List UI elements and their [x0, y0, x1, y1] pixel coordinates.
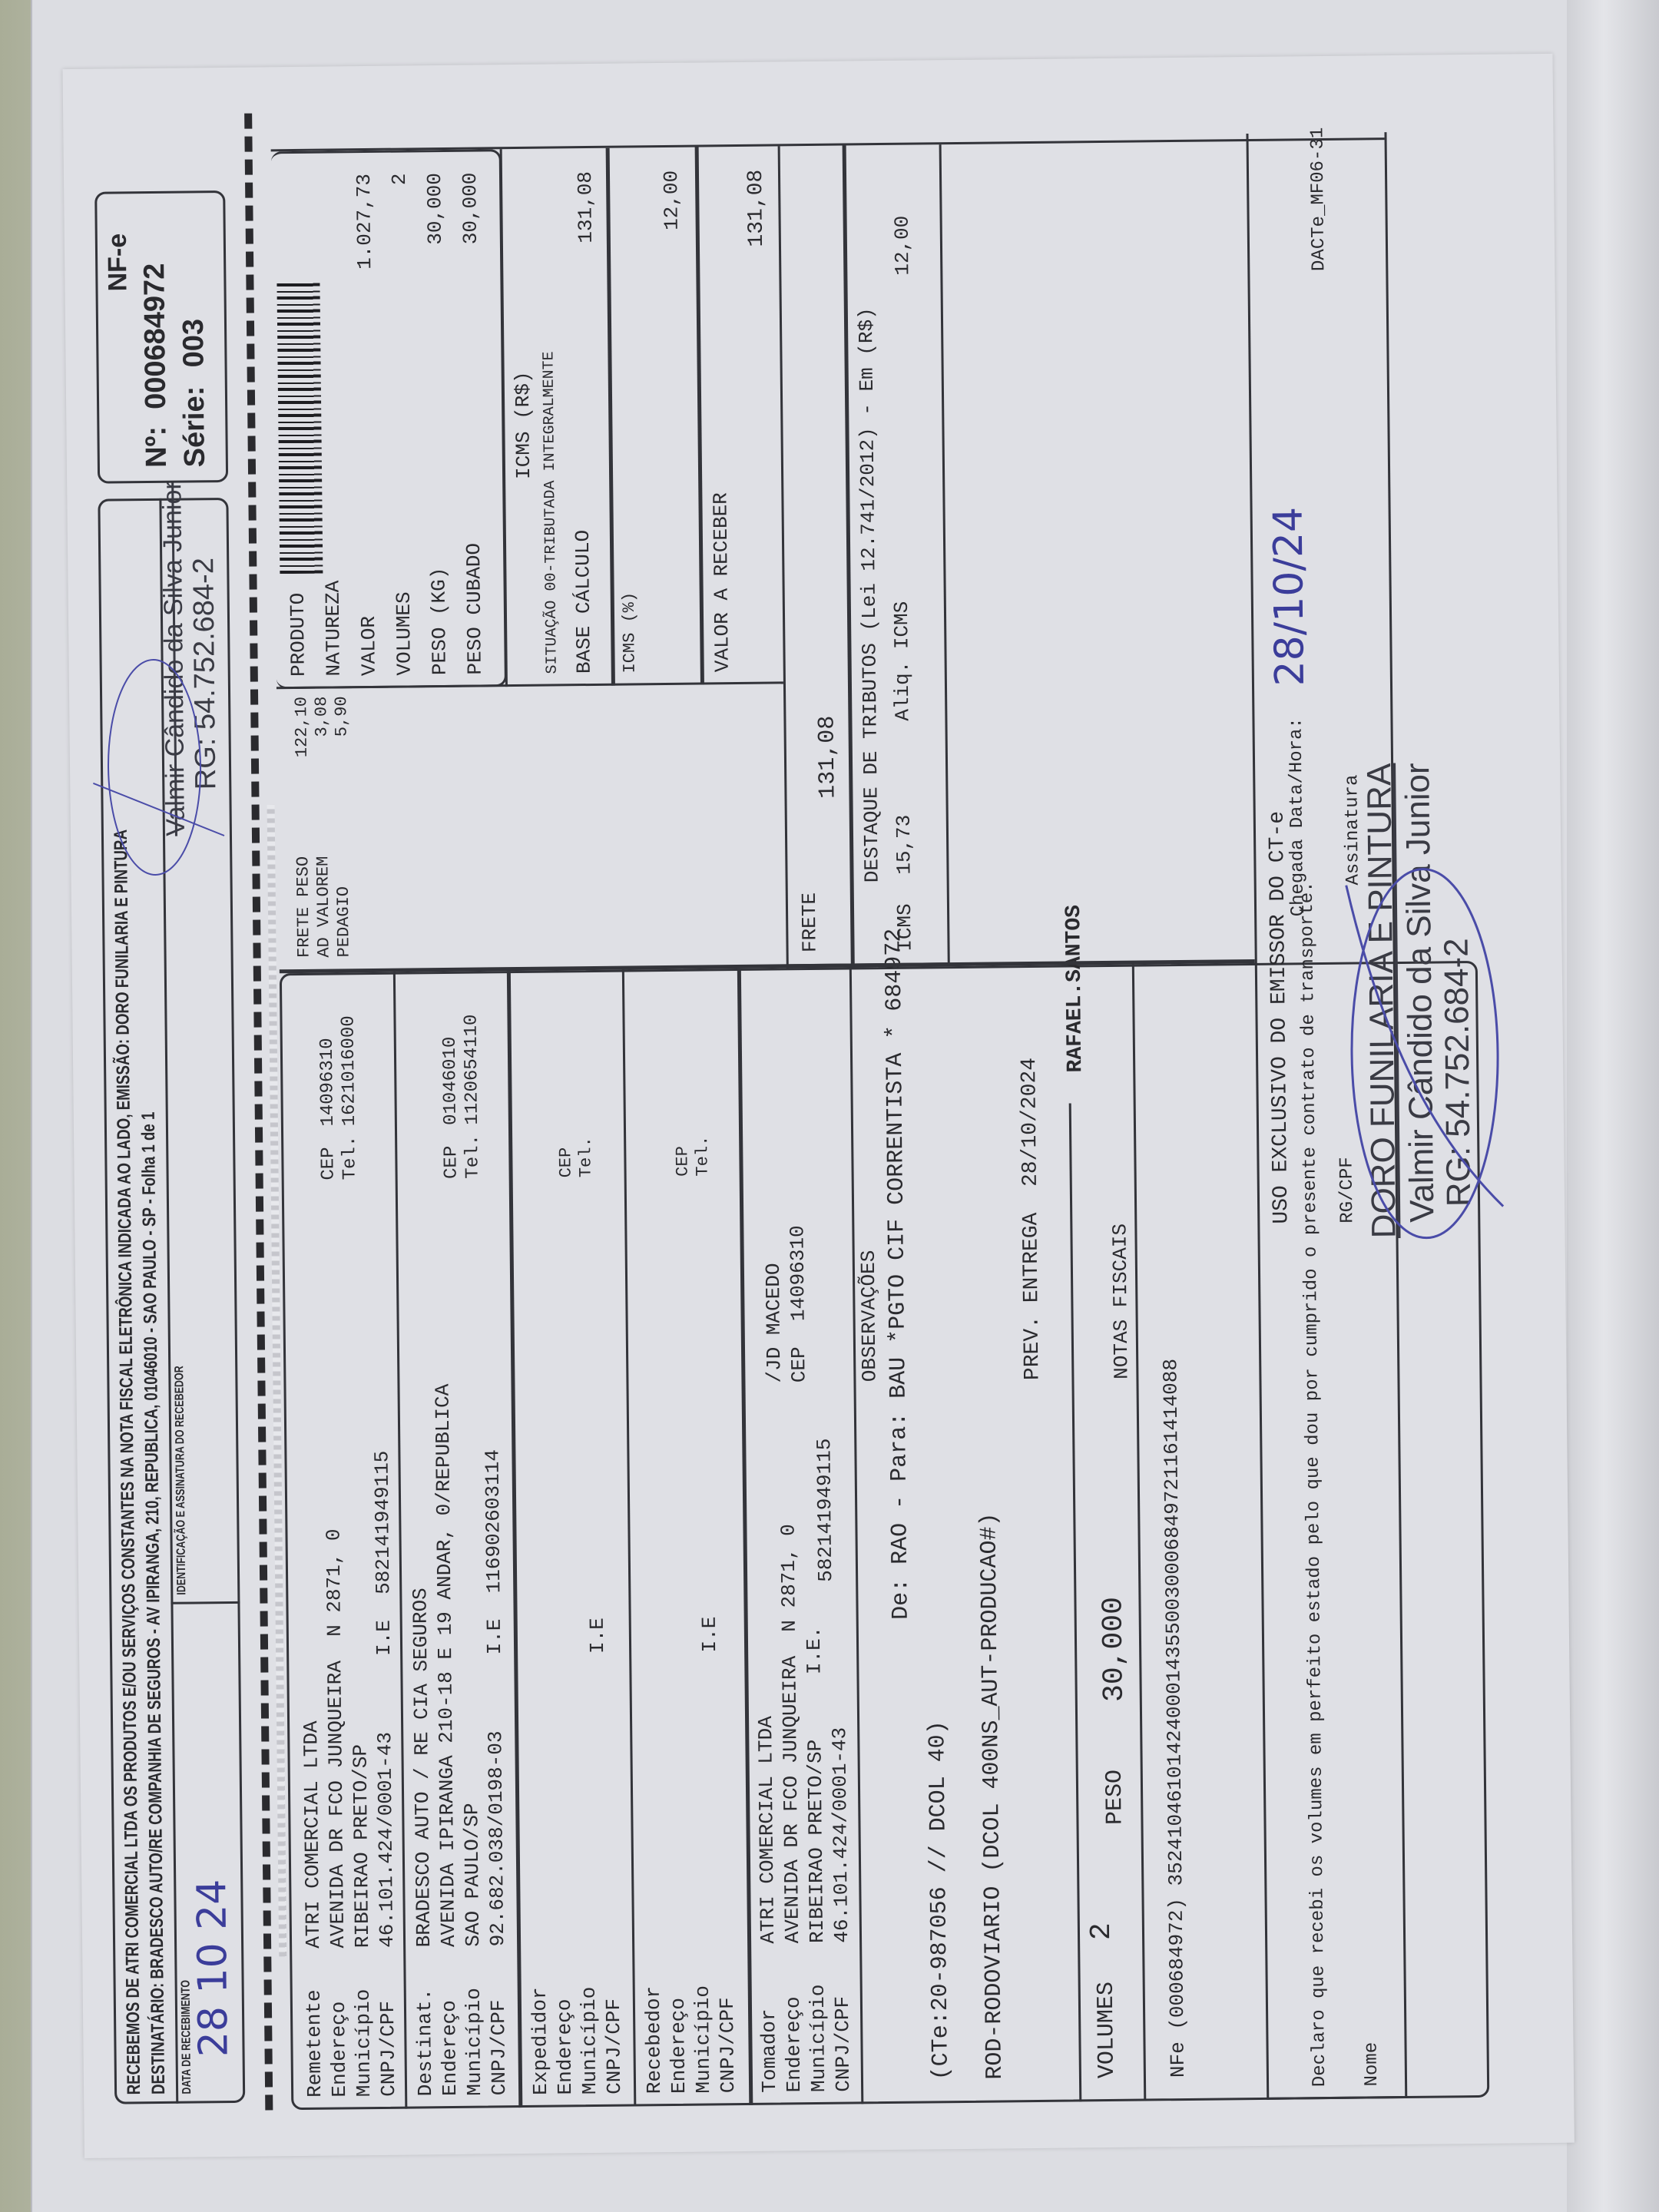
tomador-endereco-label: Endereço: [782, 1996, 806, 2092]
prev-entrega: PREV. ENTREGA 28/10/2024: [1018, 1058, 1045, 1380]
tomador-cep-label: CEP: [787, 1346, 810, 1382]
frete-total-label: FRETE: [798, 892, 822, 952]
product-box: [271, 149, 507, 689]
tomador-cnpj-label: CNPJ/CPF: [831, 1996, 855, 2092]
signature-scribble-icon: [1330, 853, 1518, 1253]
destinatario-tel-label: Tel.: [462, 1134, 484, 1179]
recebedor-cnpj-label: CNPJ/CPF: [716, 1997, 740, 2093]
destinatario-name: BRADESCO AUTO / RE CIA SEGUROS: [409, 1588, 435, 1947]
tributos-title: DESTAQUE DE TRIBUTOS (Lei 12.741/2012) -…: [855, 307, 884, 882]
destinatario-cnpj: 92.682.038/0198-03: [484, 1730, 509, 1946]
icms-header: ICMS (R$): [512, 371, 535, 479]
chegada-label: Chegada Data/Hora:: [1286, 717, 1309, 917]
peso-value: 30,000: [1097, 1597, 1131, 1702]
remetente-endereco-label: Endereço: [327, 2002, 351, 2098]
icms-base-value: 131,08: [574, 171, 598, 310]
tributos-aliq-label: Aliq. ICMS: [890, 601, 915, 721]
tributos-icms-value: 15,73: [892, 815, 916, 875]
tomador-ie: 582141949115: [813, 1438, 837, 1582]
destinatario-cep-label: CEP: [441, 1146, 462, 1179]
expedidor-tel-label: Tel.: [576, 1137, 596, 1177]
remetente-cep: 14096310: [317, 1038, 339, 1126]
observacoes-cte: (CTe:20-987056 // DCOL 40): [925, 1720, 955, 2080]
serie-label: Série:: [178, 386, 212, 468]
recebedor-label: Recebedor: [642, 1986, 666, 2094]
destinatario-tel: 1120654110: [461, 1014, 483, 1124]
expedidor-municipio-label: Município: [578, 1987, 601, 2095]
tomador-cnpj: 46.101.424/0001-43: [828, 1727, 853, 1943]
tomador-name: ATRI COMERCIAL LTDA: [754, 1716, 780, 1944]
destinatario-municipio: SAO PAULO/SP: [460, 1803, 485, 1947]
tomador-endereco: AVENIDA DR FCO JUNQUEIRA N 2871, 0: [777, 1524, 804, 1943]
remetente-cep-label: CEP: [318, 1147, 339, 1180]
remetente-cnpj: 46.101.424/0001-43: [373, 1732, 399, 1948]
expedidor-endereco-label: Endereço: [553, 1998, 577, 2094]
tomador-label: Tomador: [757, 2008, 781, 2093]
freight-item-label-2: PEDAGIO: [334, 886, 354, 958]
destinatario-endereco-label: Endereço: [438, 2000, 462, 2096]
operator-name: RAFAEL.SANTOS: [1062, 905, 1088, 1073]
tomador-ie-label: I.E.: [803, 1626, 826, 1674]
tomador-cep: 14096310: [786, 1225, 810, 1321]
tomador-municipio: RIBEIRAO PRETO/SP: [803, 1740, 829, 1944]
dacte-document: RECEBEMOS DE ATRI COMERCIAL LTDA OS PROD…: [63, 54, 1575, 2158]
receipt-date-handwritten: 28 10 24: [189, 1879, 237, 2057]
recebedor-municipio-label: Município: [691, 1985, 715, 2094]
notas-fiscais-title: NOTAS FISCAIS: [1108, 1224, 1133, 1379]
freight-item-label-1: AD VALOREM: [313, 856, 333, 957]
nfe-number: 000684972: [138, 263, 173, 409]
chegada-handwritten: 28/10/24: [1266, 507, 1313, 687]
expedidor-cep-label: CEP: [556, 1147, 575, 1178]
freight-item-value-1: 3,08: [312, 697, 332, 789]
observacoes-title: OBSERVAÇÕES: [857, 1250, 882, 1382]
freight-item-label-0: FRETE PESO: [293, 856, 313, 958]
remetente-ie-label: I.E: [373, 1620, 396, 1656]
cut-line: [244, 114, 273, 2111]
nfe-title: NF-e: [103, 233, 134, 292]
expedidor-ie-label: I.E: [586, 1618, 609, 1654]
destinatario-cep: 01046010: [440, 1037, 462, 1125]
expedidor-label: Expedidor: [528, 1987, 552, 2095]
background-sheet-edge: [1567, 0, 1659, 2212]
recebedor-cep-label: CEP: [673, 1146, 692, 1177]
tomador-bairro: /JD MACEDO: [762, 1263, 786, 1382]
frete-total-value: 131,08: [814, 716, 841, 799]
nome-label: Nome: [1362, 2042, 1383, 2087]
recebedor-tel-label: Tel.: [693, 1136, 713, 1177]
destinatario-ie-label: I.E: [483, 1618, 506, 1654]
freight-item-value-0: 122,10: [292, 697, 312, 789]
destinatario-ie: 116902603114: [481, 1449, 505, 1594]
receipt-signature-label: IDENTIFICAÇÃO E ASSINATURA DO RECEBEDOR: [173, 1366, 189, 1595]
destinatario-label: Destinat.: [413, 1988, 437, 2097]
remetente-name: ATRI COMERCIAL LTDA: [300, 1720, 325, 1949]
stamp-ink-loop-icon: [91, 651, 232, 883]
freight-item-value-2: 5,90: [332, 696, 352, 788]
icms-situacao: SITUAÇÃO 00-TRIBUTADA INTEGRALMENTE: [540, 351, 561, 674]
valor-receber-label: VALOR A RECEBER: [709, 492, 733, 672]
tributos-icms-label: ICMS: [893, 903, 917, 952]
icms-aliquota-value: 12,00: [660, 171, 684, 309]
recebedor-endereco-label: Endereço: [667, 1998, 690, 2094]
remetente-endereco: AVENIDA DR FCO JUNQUEIRA N 2871, 0: [322, 1528, 349, 1948]
peso-label: PESO: [1102, 1770, 1129, 1825]
nfe-number-label: Nº:: [140, 426, 174, 468]
remetente-label: Remetente: [303, 1989, 326, 2098]
valor-receber-value: 131,08: [744, 170, 770, 308]
destinatario-cnpj-label: CNPJ/CPF: [487, 1999, 511, 2095]
destinatario-municipio-label: Município: [462, 1988, 486, 2096]
tributos-aliq-value: 12,00: [891, 216, 915, 276]
volumes-label: VOLUMES: [1094, 1982, 1121, 2078]
remetente-tel: 1621016000: [338, 1015, 360, 1126]
remetente-tel-label: Tel.: [339, 1136, 361, 1181]
remetente-municipio: RIBEIRAO PRETO/SP: [349, 1744, 374, 1949]
volumes-value: 2: [1085, 1922, 1118, 1940]
expedidor-cnpj-label: CNPJ/CPF: [602, 1998, 626, 2094]
icms-aliquota-label: ICMS (%): [620, 592, 640, 674]
serie-value: 003: [177, 319, 211, 368]
recebedor-ie-label: I.E: [698, 1616, 721, 1652]
remetente-cnpj-label: CNPJ/CPF: [376, 2001, 400, 2097]
remetente-ie: 582141949115: [370, 1451, 395, 1595]
form-code: DACTe_MF06-31: [1307, 127, 1330, 272]
tomador-municipio-label: Município: [806, 1984, 830, 2092]
remetente-municipio-label: Município: [352, 1989, 376, 2098]
icms-base-label: BASE CÁLCULO: [571, 530, 596, 674]
